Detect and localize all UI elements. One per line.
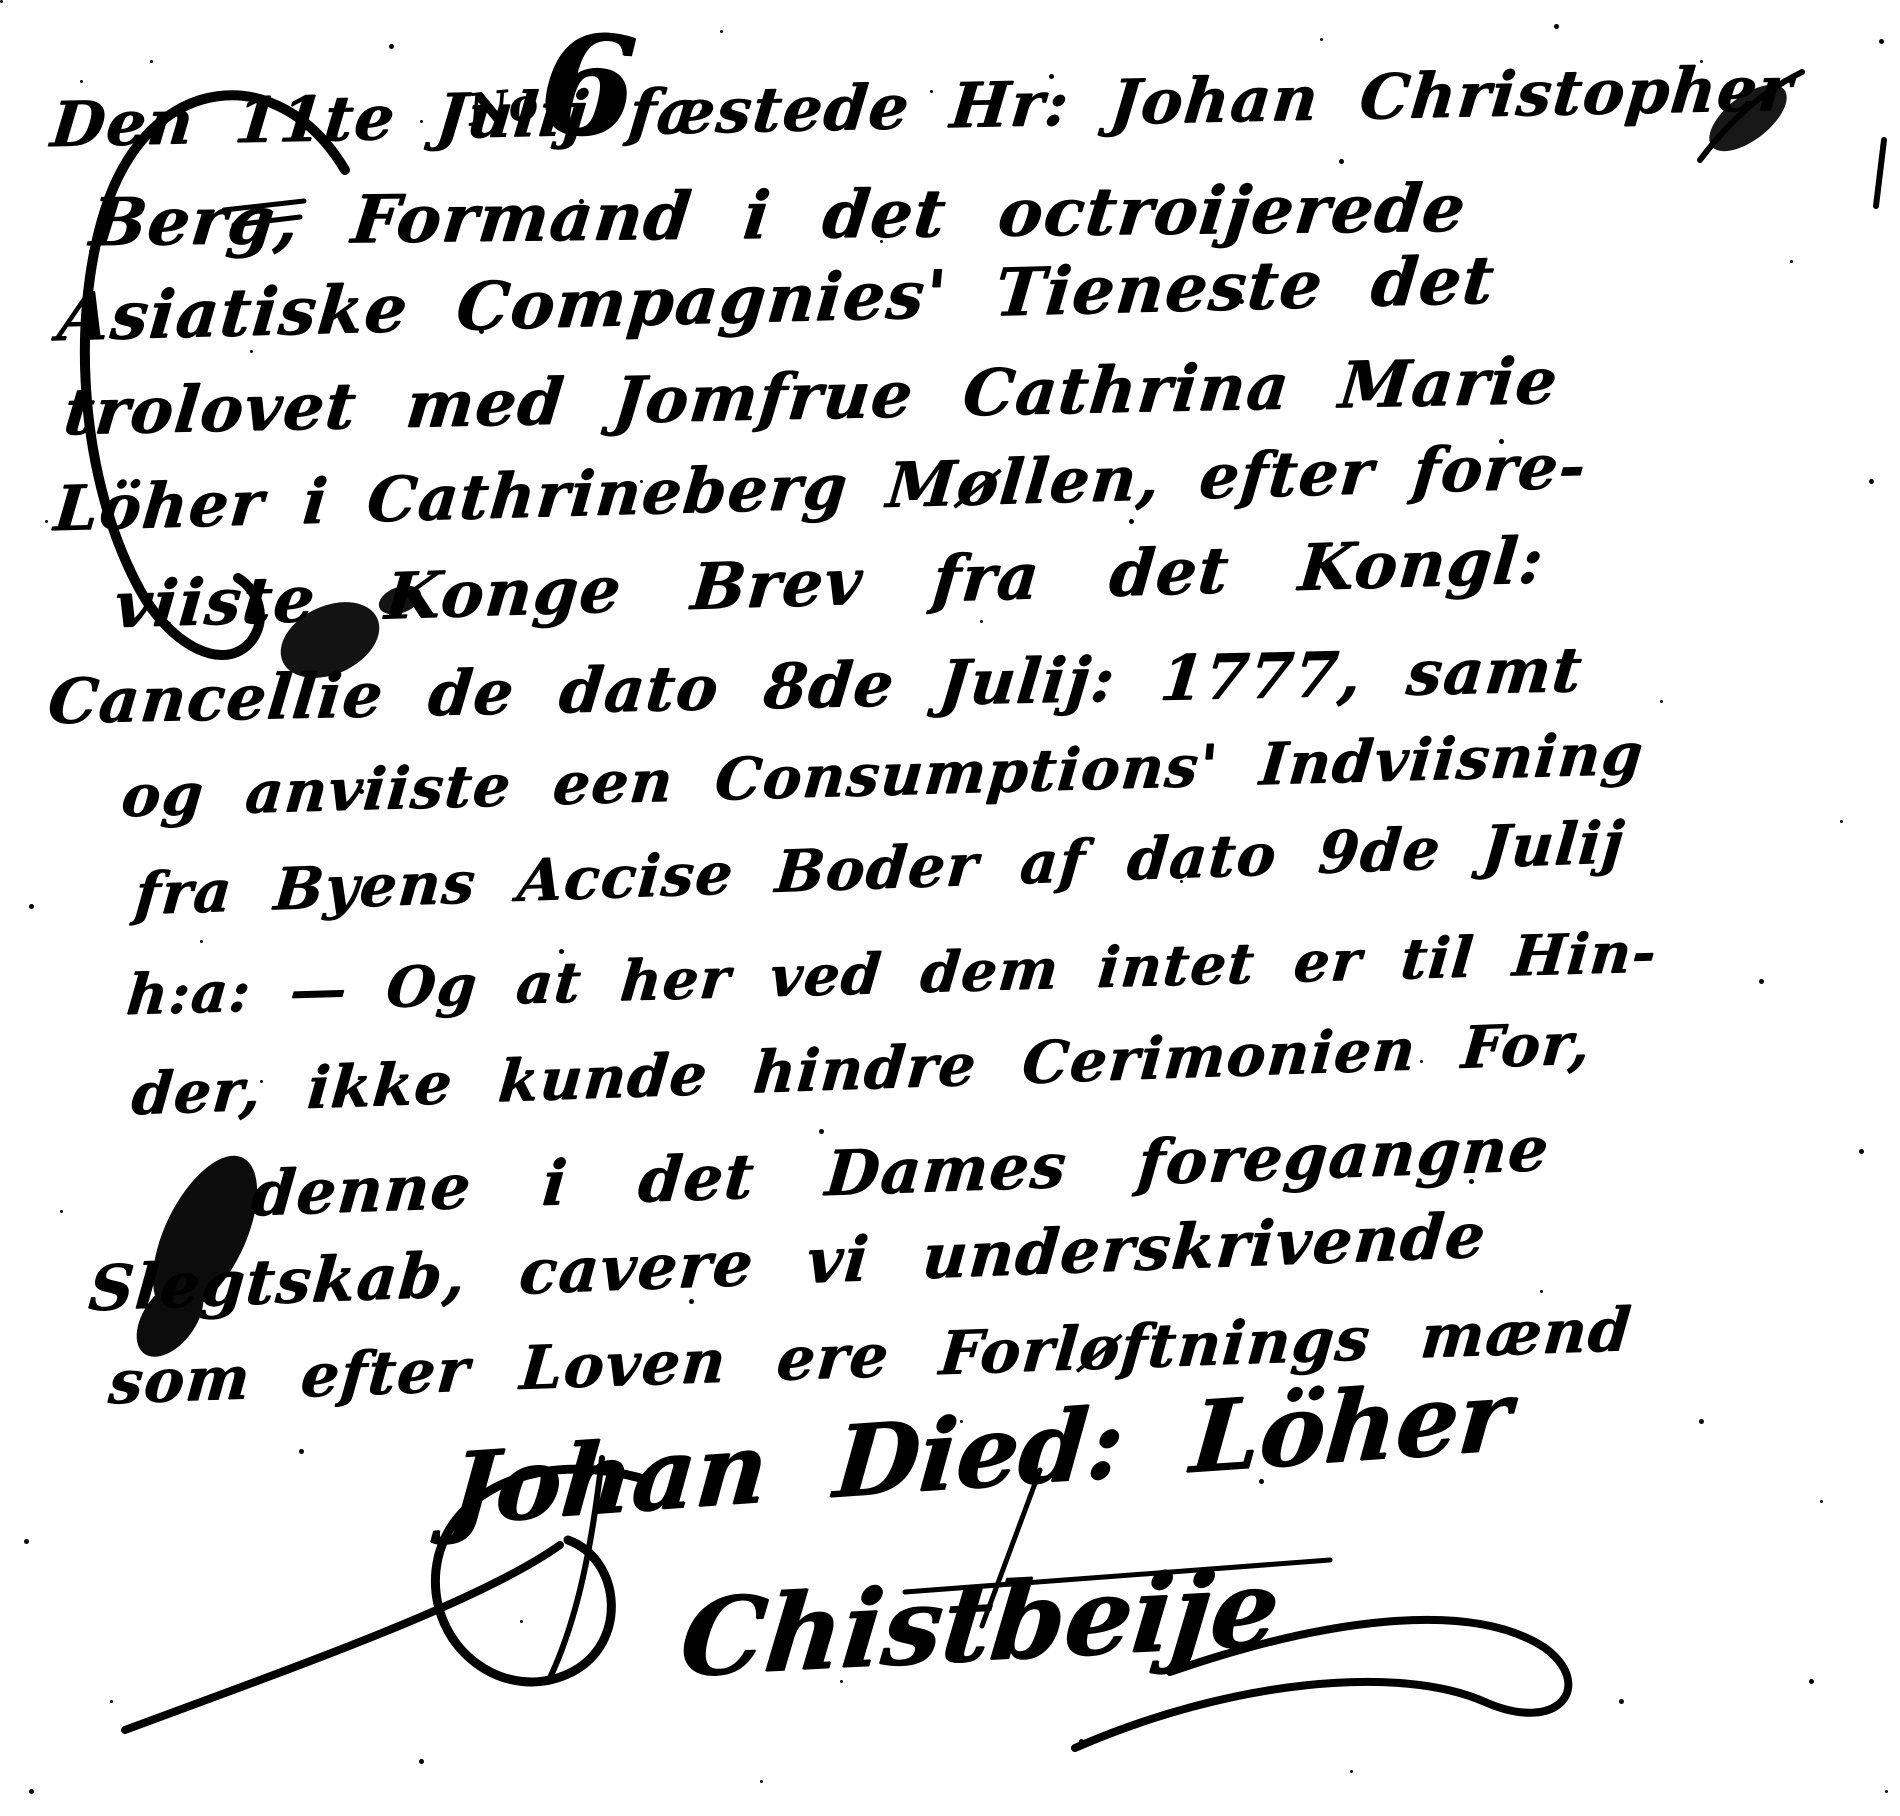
signature: Chistbeije (675, 1544, 1285, 1701)
signature-flourish-tail (125, 1545, 560, 1730)
text-line: og anviiste een Consumptions' Indviisnin… (119, 719, 1647, 830)
document-page: No 6 Den 11te Julij fæstede Hr: Johan Ch… (0, 0, 1900, 1816)
text-line: trolovet med Jomfrue Cathrina Marie (60, 344, 1561, 450)
text-line: Cancellie de dato 8de Julij: 1777, samt (45, 633, 1587, 738)
text-line: fra Byens Accise Boder af dato 9de Julij (132, 808, 1628, 928)
text-line: Löher i Cathrineberg Møllen, efter fore- (51, 429, 1590, 545)
text-line: Den 11te Julij fæstede Hr: Johan Christo… (48, 52, 1797, 162)
text-line: h:a: — Og at her ved dem intet er til Hi… (124, 919, 1660, 1028)
text-line: der, ikke kunde hindre Cerimonien For, (129, 1009, 1594, 1128)
text-line: viiste Konge Brev fra det Kongl: (111, 523, 1547, 643)
paper-speckles (0, 0, 3, 3)
